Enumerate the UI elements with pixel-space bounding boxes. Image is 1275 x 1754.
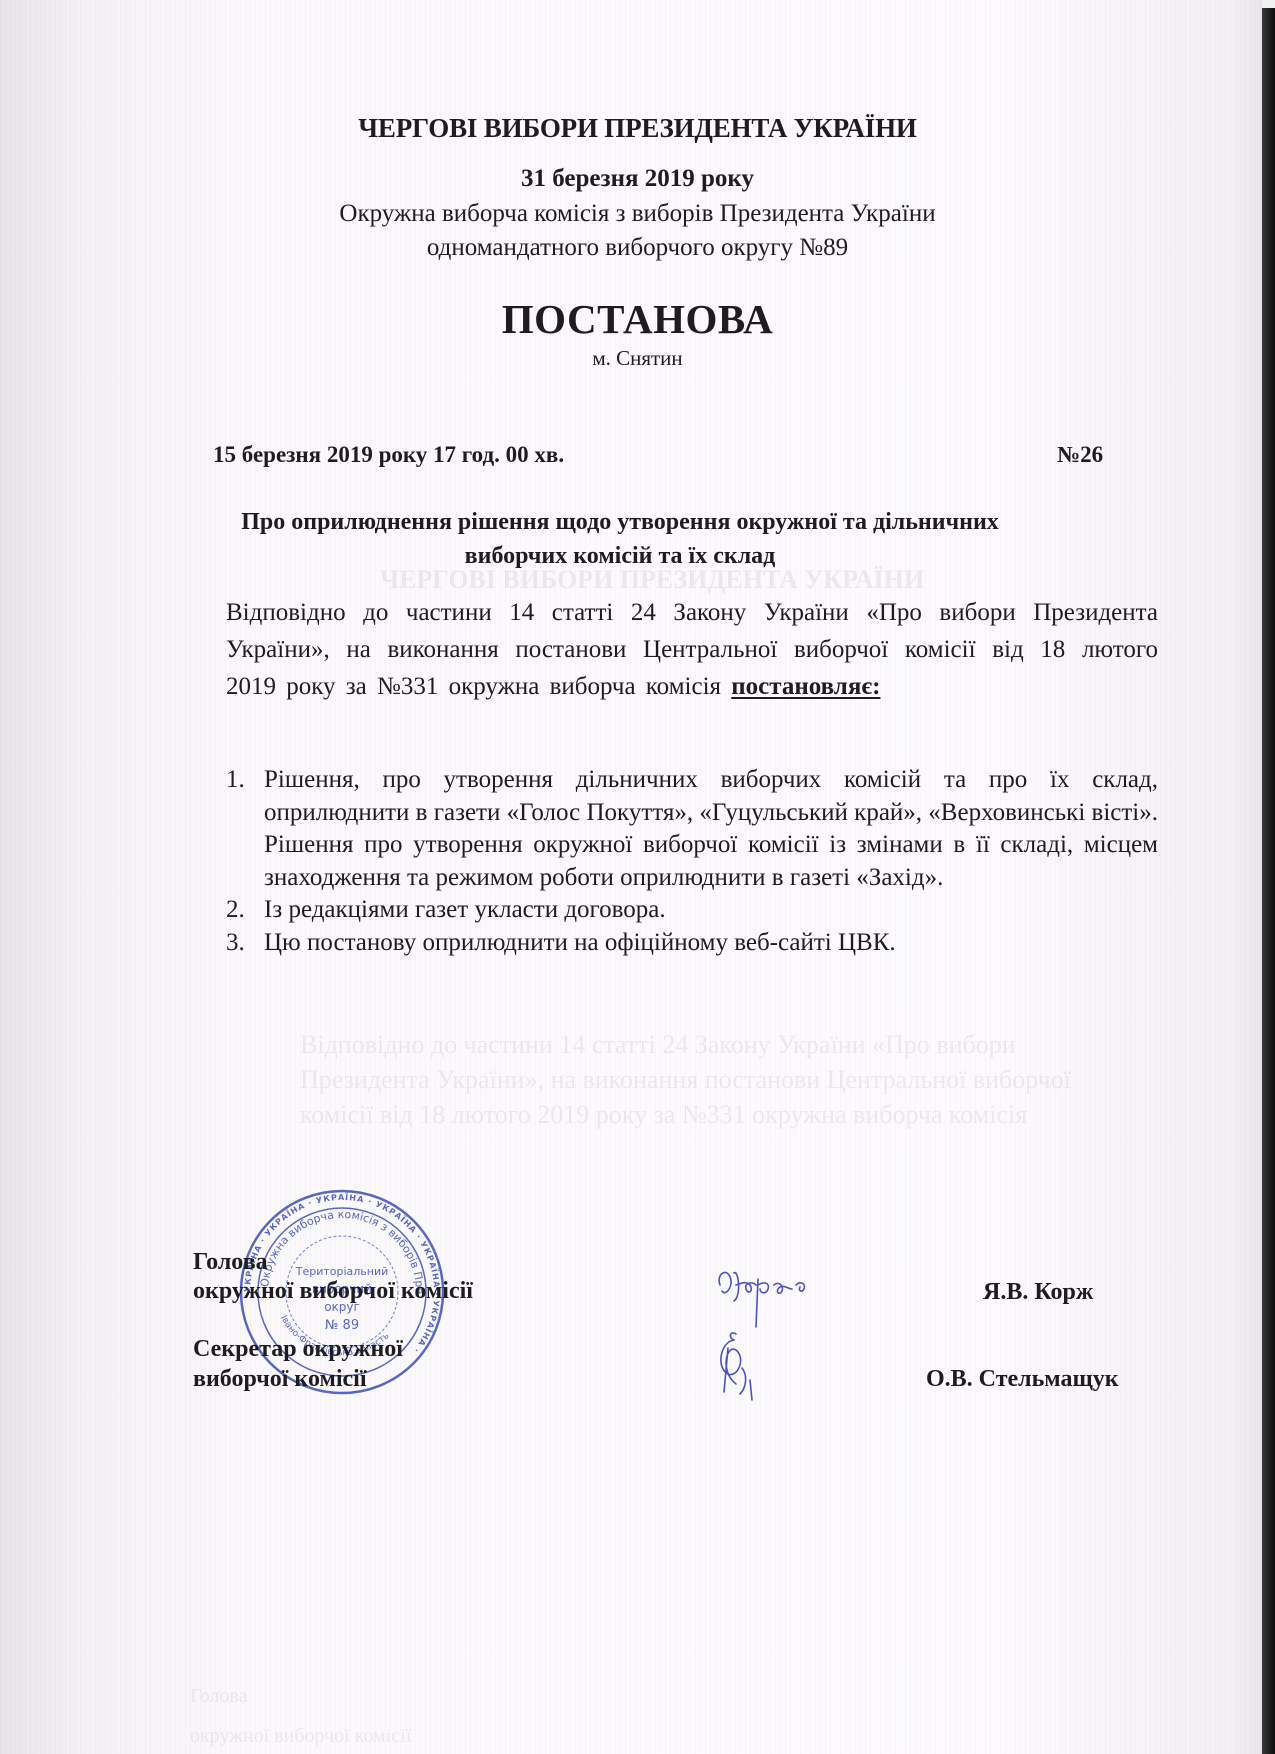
- show-through-text: Президента України», на виконання постан…: [300, 1065, 1071, 1095]
- commission-name: Окружна виборча комісія з виборів Презид…: [0, 200, 1275, 228]
- show-through-text: комісії від 18 лютого 2019 року за №331 …: [300, 1100, 1027, 1130]
- decisions-list: 1. Рішення, про утворення дільничних виб…: [226, 764, 1158, 959]
- decision-item: 1. Рішення, про утворення дільничних виб…: [226, 764, 1158, 894]
- document-subject-line2: виборчих комісій та їх склад: [0, 543, 1240, 570]
- secretary-title-commission: виборчої комісії: [193, 1365, 366, 1394]
- election-title: ЧЕРГОВІ ВИБОРИ ПРЕЗИДЕНТА УКРАЇНИ: [0, 113, 1275, 144]
- head-title-commission: окружної виборчої комісії: [193, 1277, 473, 1306]
- preamble-text: Відповідно до частини 14 статті 24 Закон…: [226, 599, 1158, 700]
- document-city: м. Снятин: [0, 346, 1275, 371]
- decision-text: Цю постанову оприлюднити на офіційному в…: [264, 927, 1158, 960]
- secretary-title: Секретар окружної: [193, 1335, 403, 1364]
- secretary-handwritten-signature-icon: [706, 1328, 766, 1408]
- election-date: 31 березня 2019 року: [0, 165, 1275, 193]
- decision-text: Рішення, про утворення дільничних виборч…: [264, 764, 1158, 894]
- scanned-page: ЧЕРГОВІ ВИБОРИ ПРЕЗИДЕНТА УКРАЇНИ Відпов…: [0, 0, 1262, 1754]
- decision-item: 2. Із редакціями газет укласти договора.: [226, 894, 1158, 927]
- decision-number: 3.: [226, 927, 245, 960]
- show-through-text: окружної виборчої комісії: [190, 1725, 411, 1748]
- scan-dark-edge: [1262, 8, 1275, 1754]
- svg-text:№ 89: № 89: [325, 1318, 359, 1333]
- head-title: Голова: [193, 1248, 268, 1277]
- decision-item: 3. Цю постанову оприлюднити на офіційном…: [226, 927, 1158, 960]
- show-through-text: Голова: [190, 1685, 248, 1708]
- document-date-time: 15 березня 2019 року 17 год. 00 хв.: [213, 442, 564, 468]
- commission-district: одномандатного виборчого округу №89: [0, 234, 1275, 262]
- scan-edge-top: [1262, 0, 1275, 8]
- document-subject-line1: Про оприлюднення рішення щодо утворення …: [0, 509, 1240, 536]
- decision-number: 2.: [226, 894, 245, 927]
- document-type-title: ПОСТАНОВА: [0, 295, 1275, 343]
- document-number: №26: [1057, 442, 1103, 468]
- head-name: Я.В. Корж: [983, 1278, 1093, 1307]
- decision-number: 1.: [226, 764, 245, 797]
- show-through-text: Відповідно до частини 14 статті 24 Закон…: [300, 1030, 1016, 1060]
- decision-text: Із редакціями газет укласти договора.: [264, 894, 1158, 927]
- secretary-name: О.В. Стельмащук: [926, 1365, 1119, 1394]
- preamble-paragraph: Відповідно до частини 14 статті 24 Закон…: [226, 594, 1158, 705]
- head-handwritten-signature-icon: [712, 1255, 842, 1330]
- decides-keyword: постановляє:: [731, 673, 880, 700]
